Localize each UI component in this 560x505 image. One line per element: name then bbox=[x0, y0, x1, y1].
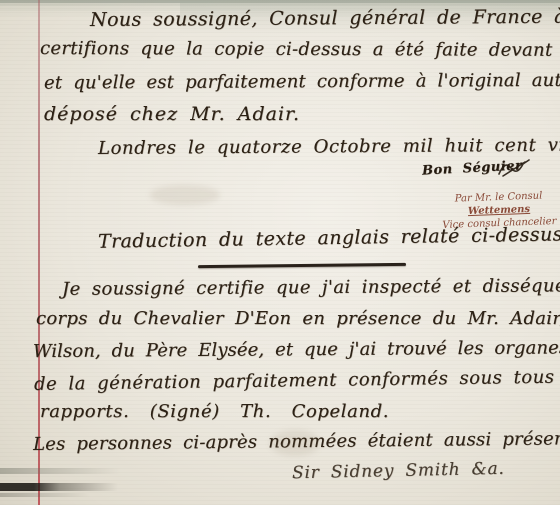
translation-line: rapports. (Signé) Th. Copeland. bbox=[40, 401, 389, 422]
scan-streak-bottom-dark bbox=[0, 483, 118, 491]
red-margin-rule bbox=[38, 0, 40, 505]
attestation-line: déposé chez Mr. Adair. bbox=[44, 103, 300, 125]
translation-line: Wilson, du Père Elysée, et que j'ai trou… bbox=[33, 337, 560, 362]
attestation-line: Nous soussigné, Consul général de France… bbox=[90, 5, 560, 31]
ink-smudge bbox=[270, 430, 320, 456]
scan-streak-bottom bbox=[0, 468, 120, 474]
signature-paraph-flourish bbox=[497, 158, 531, 178]
translation-line-witness: Sir Sidney Smith &a. bbox=[292, 459, 505, 483]
translation-line: Je soussigné certifie que j'ai inspecté … bbox=[62, 275, 560, 300]
translation-line: corps du Chevalier D'Eon en présence du … bbox=[36, 308, 560, 329]
attestation-line: certifions que la copie ci-dessus a été … bbox=[40, 38, 560, 61]
attestation-line: et qu'elle est parfaitement conforme à l… bbox=[44, 69, 560, 93]
scan-streak-bottom-faint bbox=[0, 493, 90, 497]
translation-heading: Traduction du texte anglais relaté ci-de… bbox=[98, 223, 560, 252]
translation-line: de la génération parfaitement conformés … bbox=[34, 366, 560, 395]
section-divider-rule bbox=[198, 263, 406, 268]
ink-smudge bbox=[150, 185, 220, 205]
manuscript-page: Nous soussigné, Consul général de France… bbox=[0, 0, 560, 505]
attestation-dateline: Londres le quatorze Octobre mil huit cen… bbox=[98, 134, 560, 159]
